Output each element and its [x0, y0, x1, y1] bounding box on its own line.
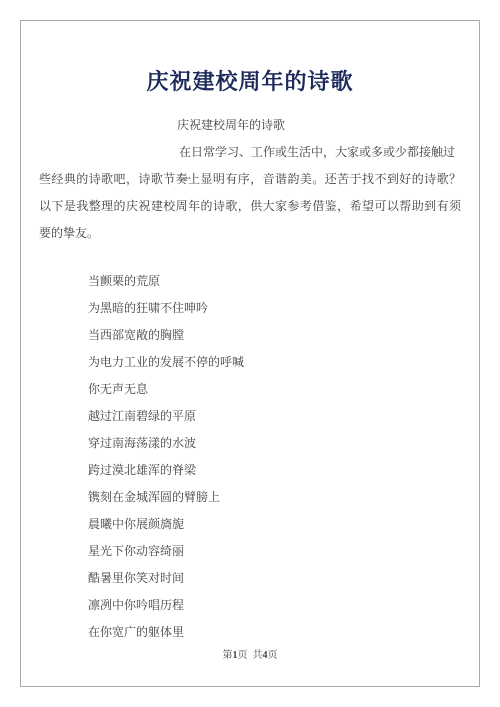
poem-body: 当颤栗的荒原为黑暗的狂啸不住呻吟当西部宽敞的胸膛为电力工业的发展不停的呼喊你无声…	[39, 268, 461, 646]
footer-text: 页	[268, 650, 278, 661]
footer-text: 第	[223, 650, 233, 661]
footer-text: 页 共	[238, 650, 263, 661]
document-subtitle: 庆祝建校周年的诗歌	[39, 112, 461, 139]
poem-line: 你无声无息	[39, 376, 461, 403]
poem-line: 星光下你动容绮丽	[39, 538, 461, 565]
poem-line: 当颤栗的荒原	[39, 268, 461, 295]
poem-line: 当西部宽敞的胸膛	[39, 322, 461, 349]
document-page: 庆祝建校周年的诗歌 庆祝建校周年的诗歌 在日常学习、工作或生活中，大家或多或少都…	[20, 20, 480, 687]
poem-line: 为黑暗的狂啸不住呻吟	[39, 295, 461, 322]
poem-line: 晨曦中你展颜旖旎	[39, 511, 461, 538]
document-title: 庆祝建校周年的诗歌	[21, 67, 479, 97]
poem-line: 越过江南碧绿的平原	[39, 403, 461, 430]
page-footer: 第1页 共4页	[21, 649, 479, 663]
poem-line: 穿过南海荡漾的水波	[39, 430, 461, 457]
intro-paragraph: 在日常学习、工作或生活中，大家或多或少都接触过一些经典的诗歌吧，诗歌节奏上显明有…	[39, 139, 461, 247]
poem-line: 在你宽广的躯体里	[39, 619, 461, 646]
intro-line: 些经典的诗歌吧，诗歌节奏上显明有序，音谐韵美。还苦于找不到好的诗歌？	[39, 166, 461, 193]
intro-line: 要的挚友。	[39, 220, 461, 247]
poem-line: 酷暑里你笑对时间	[39, 565, 461, 592]
poem-line: 凛冽中你吟唱历程	[39, 592, 461, 619]
intro-line: 以下是我整理的庆祝建校周年的诗歌，供大家参考借鉴，希望可以帮助到有须	[39, 193, 461, 220]
poem-line: 镌刻在金城浑圆的臂膀上	[39, 484, 461, 511]
poem-line: 跨过漠北雄浑的脊梁	[39, 457, 461, 484]
poem-line: 为电力工业的发展不停的呼喊	[39, 349, 461, 376]
intro-line: 在日常学习、工作或生活中，大家或多或少都接触过一	[39, 139, 461, 166]
